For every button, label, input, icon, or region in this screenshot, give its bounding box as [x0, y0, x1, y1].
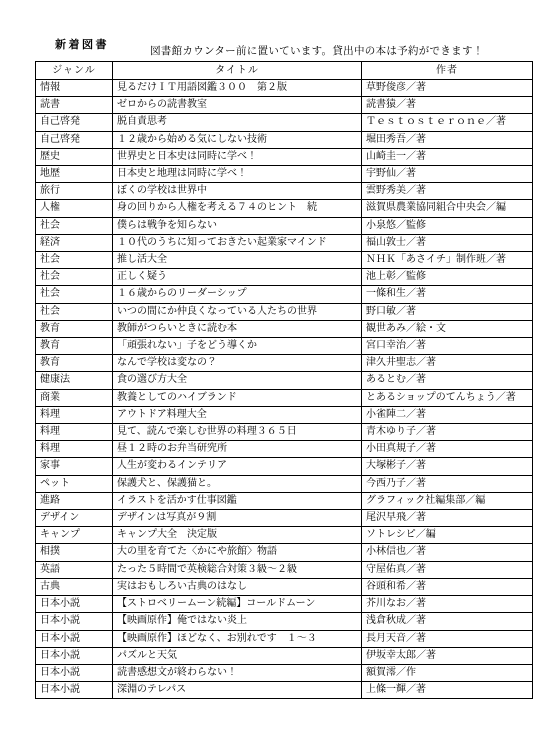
title-cell: ゼロからの読書教室	[113, 97, 362, 114]
author-cell: 福山敦士／著	[362, 234, 533, 251]
title-cell: 日本史と地理は同時に学べ！	[113, 166, 362, 183]
genre-cell: 古典	[36, 578, 113, 595]
genre-cell: 料理	[36, 424, 113, 441]
title-cell: 見るだけＩＴ用語図鑑３００ 第２版	[113, 80, 362, 97]
genre-cell: 自己啓発	[36, 131, 113, 148]
title-cell: 昼１２時のお弁当研究所	[113, 441, 362, 458]
title-cell: 教養としてのハイブランド	[113, 389, 362, 406]
genre-cell: 経済	[36, 234, 113, 251]
author-cell: 滋賀県農業協同組合中央会／編	[362, 200, 533, 217]
genre-cell: 読書	[36, 97, 113, 114]
author-cell: 小林信也／著	[362, 544, 533, 561]
author-cell: 伊坂幸太郎／著	[362, 647, 533, 664]
author-cell: 一條和生／著	[362, 286, 533, 303]
title-cell: 深淵のテレパス	[113, 682, 362, 699]
genre-cell: 料理	[36, 406, 113, 423]
table-row: 社会いつの間にか仲良くなっている人たちの世界野口敏／著	[36, 303, 533, 320]
title-cell: １０代のうちに知っておきたい起業家マインド	[113, 234, 362, 251]
author-cell: 野口敏／著	[362, 303, 533, 320]
table-row: 料理昼１２時のお弁当研究所小田真規子／著	[36, 441, 533, 458]
table-row: 日本小説パズルと天気伊坂幸太郎／著	[36, 647, 533, 664]
table-row: 日本小説【映画原作】ほどなく、お別れです １～３長月天音／著	[36, 630, 533, 647]
table-row: 読書ゼロからの読書教室読書猿／著	[36, 97, 533, 114]
genre-cell: 旅行	[36, 183, 113, 200]
new-books-table: ジャンル タイトル 作者 情報見るだけＩＴ用語図鑑３００ 第２版草野俊彦／著読書…	[35, 61, 533, 699]
table-row: 日本小説【映画原作】俺ではない炎上浅倉秋成／著	[36, 613, 533, 630]
genre-cell: 日本小説	[36, 596, 113, 613]
author-cell: 額賀澪／作	[362, 664, 533, 681]
document-note: 図書館カウンター前に置いています。貸出中の本は予約ができます！	[150, 43, 484, 58]
genre-cell: 社会	[36, 217, 113, 234]
author-cell: 宮口幸治／著	[362, 338, 533, 355]
table-row: 日本小説深淵のテレパス上條一輝／著	[36, 682, 533, 699]
table-row: 家事人生が変わるインテリア大塚彬子／著	[36, 458, 533, 475]
table-header-row: ジャンル タイトル 作者	[36, 62, 533, 80]
table-row: 自己啓発脱自責思考Ｔｅｓｔｏｓｔｅｒｏｎｅ／著	[36, 114, 533, 131]
title-cell: アウトドア料理大全	[113, 406, 362, 423]
author-cell: あるとむ／著	[362, 372, 533, 389]
table-row: 日本小説【ストロベリームーン続編】コールドムーン芥川なお／著	[36, 596, 533, 613]
title-cell: 教師がつらいときに読む本	[113, 320, 362, 337]
table-row: 古典実はおもしろい古典のはなし谷頭和希／著	[36, 578, 533, 595]
author-cell: 読書猿／著	[362, 97, 533, 114]
title-cell: 大の里を育てた〈かにや旅館〉物語	[113, 544, 362, 561]
title-cell: 推し活大全	[113, 252, 362, 269]
table-row: デザインデザインは写真が９割尾沢早飛／著	[36, 510, 533, 527]
table-row: 料理見て、読んで楽しむ世界の料理３６５日青木ゆり子／著	[36, 424, 533, 441]
author-cell: 大塚彬子／著	[362, 458, 533, 475]
title-cell: 人生が変わるインテリア	[113, 458, 362, 475]
table-row: 地歴日本史と地理は同時に学べ！宇野仙／著	[36, 166, 533, 183]
title-cell: イラストを活かす仕事図鑑	[113, 492, 362, 509]
title-cell: 見て、読んで楽しむ世界の料理３６５日	[113, 424, 362, 441]
table-row: 社会正しく疑う池上彰／監修	[36, 269, 533, 286]
genre-cell: 相撲	[36, 544, 113, 561]
author-cell: ソトレシピ／編	[362, 527, 533, 544]
table-row: 社会１６歳からのリーダーシップ一條和生／著	[36, 286, 533, 303]
table-row: 社会推し活大全ＮＨＫ「あさイチ」制作班／著	[36, 252, 533, 269]
author-cell: 芥川なお／著	[362, 596, 533, 613]
title-cell: 【ストロベリームーン続編】コールドムーン	[113, 596, 362, 613]
genre-cell: 社会	[36, 286, 113, 303]
genre-cell: ペット	[36, 475, 113, 492]
author-cell: 津久井聖志／著	[362, 355, 533, 372]
genre-cell: 教育	[36, 355, 113, 372]
title-cell: 食の選び方大全	[113, 372, 362, 389]
title-cell: 実はおもしろい古典のはなし	[113, 578, 362, 595]
genre-cell: 日本小説	[36, 630, 113, 647]
title-cell: デザインは写真が９割	[113, 510, 362, 527]
title-cell: 「頑張れない」子をどう導くか	[113, 338, 362, 355]
author-cell: 観世あみ／絵・文	[362, 320, 533, 337]
genre-cell: 社会	[36, 269, 113, 286]
table-body: 情報見るだけＩＴ用語図鑑３００ 第２版草野俊彦／著読書ゼロからの読書教室読書猿／…	[36, 80, 533, 699]
genre-cell: 地歴	[36, 166, 113, 183]
genre-cell: 日本小説	[36, 664, 113, 681]
title-cell: キャンプ大全 決定版	[113, 527, 362, 544]
author-cell: 小泉悠／監修	[362, 217, 533, 234]
document-page: 新着図書 図書館カウンター前に置いています。貸出中の本は予約ができます！ ジャン…	[0, 0, 534, 754]
genre-cell: 日本小説	[36, 613, 113, 630]
table-row: 人権身の回りから人権を考える７４のヒント 続滋賀県農業協同組合中央会／編	[36, 200, 533, 217]
author-cell: 守屋佑真／著	[362, 561, 533, 578]
title-cell: 【映画原作】俺ではない炎上	[113, 613, 362, 630]
title-cell: 正しく疑う	[113, 269, 362, 286]
genre-cell: 社会	[36, 303, 113, 320]
genre-cell: 歴史	[36, 148, 113, 165]
table-row: 自己啓発１２歳から始める気にしない技術堀田秀吾／著	[36, 131, 533, 148]
author-cell: 谷頭和希／著	[362, 578, 533, 595]
table-row: 歴史世界史と日本史は同時に学べ！山崎圭一／著	[36, 148, 533, 165]
author-cell: とあるショップのてんちょう／著	[362, 389, 533, 406]
author-cell: 小雀陣二／著	[362, 406, 533, 423]
document-title: 新着図書	[55, 36, 109, 52]
table-row: 日本小説読書感想文が終わらない！額賀澪／作	[36, 664, 533, 681]
genre-cell: 社会	[36, 252, 113, 269]
title-cell: ぼくの学校は世界中	[113, 183, 362, 200]
title-cell: 保護犬と、保護猫と。	[113, 475, 362, 492]
table-row: 英語たった５時間で英検総合対策３級～２級守屋佑真／著	[36, 561, 533, 578]
table-row: 料理アウトドア料理大全小雀陣二／著	[36, 406, 533, 423]
genre-cell: デザイン	[36, 510, 113, 527]
header-genre: ジャンル	[36, 62, 113, 80]
title-cell: いつの間にか仲良くなっている人たちの世界	[113, 303, 362, 320]
genre-cell: 英語	[36, 561, 113, 578]
title-cell: なんで学校は変なの？	[113, 355, 362, 372]
genre-cell: 教育	[36, 338, 113, 355]
title-cell: 読書感想文が終わらない！	[113, 664, 362, 681]
author-cell: 青木ゆり子／著	[362, 424, 533, 441]
table-row: キャンプキャンプ大全 決定版ソトレシピ／編	[36, 527, 533, 544]
table-row: 旅行ぼくの学校は世界中雲野秀美／著	[36, 183, 533, 200]
title-cell: 僕らは戦争を知らない	[113, 217, 362, 234]
author-cell: 尾沢早飛／著	[362, 510, 533, 527]
header-title: タイトル	[113, 62, 362, 80]
table-row: 進路イラストを活かす仕事図鑑グラフィック社編集部／編	[36, 492, 533, 509]
genre-cell: キャンプ	[36, 527, 113, 544]
table-row: 教育なんで学校は変なの？津久井聖志／著	[36, 355, 533, 372]
header-author: 作者	[362, 62, 533, 80]
table-row: 教育教師がつらいときに読む本観世あみ／絵・文	[36, 320, 533, 337]
genre-cell: 自己啓発	[36, 114, 113, 131]
genre-cell: 日本小説	[36, 647, 113, 664]
author-cell: 池上彰／監修	[362, 269, 533, 286]
author-cell: 雲野秀美／著	[362, 183, 533, 200]
author-cell: 浅倉秋成／著	[362, 613, 533, 630]
author-cell: 今西乃子／著	[362, 475, 533, 492]
author-cell: 長月天音／著	[362, 630, 533, 647]
title-cell: 身の回りから人権を考える７４のヒント 続	[113, 200, 362, 217]
genre-cell: 家事	[36, 458, 113, 475]
table-row: 社会僕らは戦争を知らない小泉悠／監修	[36, 217, 533, 234]
table-row: 商業教養としてのハイブランドとあるショップのてんちょう／著	[36, 389, 533, 406]
author-cell: 小田真規子／著	[362, 441, 533, 458]
author-cell: グラフィック社編集部／編	[362, 492, 533, 509]
title-cell: パズルと天気	[113, 647, 362, 664]
genre-cell: 情報	[36, 80, 113, 97]
title-cell: １２歳から始める気にしない技術	[113, 131, 362, 148]
author-cell: 堀田秀吾／著	[362, 131, 533, 148]
title-cell: 脱自責思考	[113, 114, 362, 131]
author-cell: 宇野仙／著	[362, 166, 533, 183]
genre-cell: 日本小説	[36, 682, 113, 699]
title-cell: 世界史と日本史は同時に学べ！	[113, 148, 362, 165]
genre-cell: 商業	[36, 389, 113, 406]
title-cell: たった５時間で英検総合対策３級～２級	[113, 561, 362, 578]
table-row: 経済１０代のうちに知っておきたい起業家マインド福山敦士／著	[36, 234, 533, 251]
table-row: ペット保護犬と、保護猫と。今西乃子／著	[36, 475, 533, 492]
table-row: 情報見るだけＩＴ用語図鑑３００ 第２版草野俊彦／著	[36, 80, 533, 97]
genre-cell: 健康法	[36, 372, 113, 389]
author-cell: 草野俊彦／著	[362, 80, 533, 97]
author-cell: ＮＨＫ「あさイチ」制作班／著	[362, 252, 533, 269]
table-row: 健康法食の選び方大全あるとむ／著	[36, 372, 533, 389]
table-row: 教育「頑張れない」子をどう導くか宮口幸治／著	[36, 338, 533, 355]
title-cell: 【映画原作】ほどなく、お別れです １～３	[113, 630, 362, 647]
author-cell: 山崎圭一／著	[362, 148, 533, 165]
author-cell: 上條一輝／著	[362, 682, 533, 699]
genre-cell: 教育	[36, 320, 113, 337]
title-cell: １６歳からのリーダーシップ	[113, 286, 362, 303]
genre-cell: 進路	[36, 492, 113, 509]
genre-cell: 料理	[36, 441, 113, 458]
genre-cell: 人権	[36, 200, 113, 217]
author-cell: Ｔｅｓｔｏｓｔｅｒｏｎｅ／著	[362, 114, 533, 131]
table-row: 相撲大の里を育てた〈かにや旅館〉物語小林信也／著	[36, 544, 533, 561]
